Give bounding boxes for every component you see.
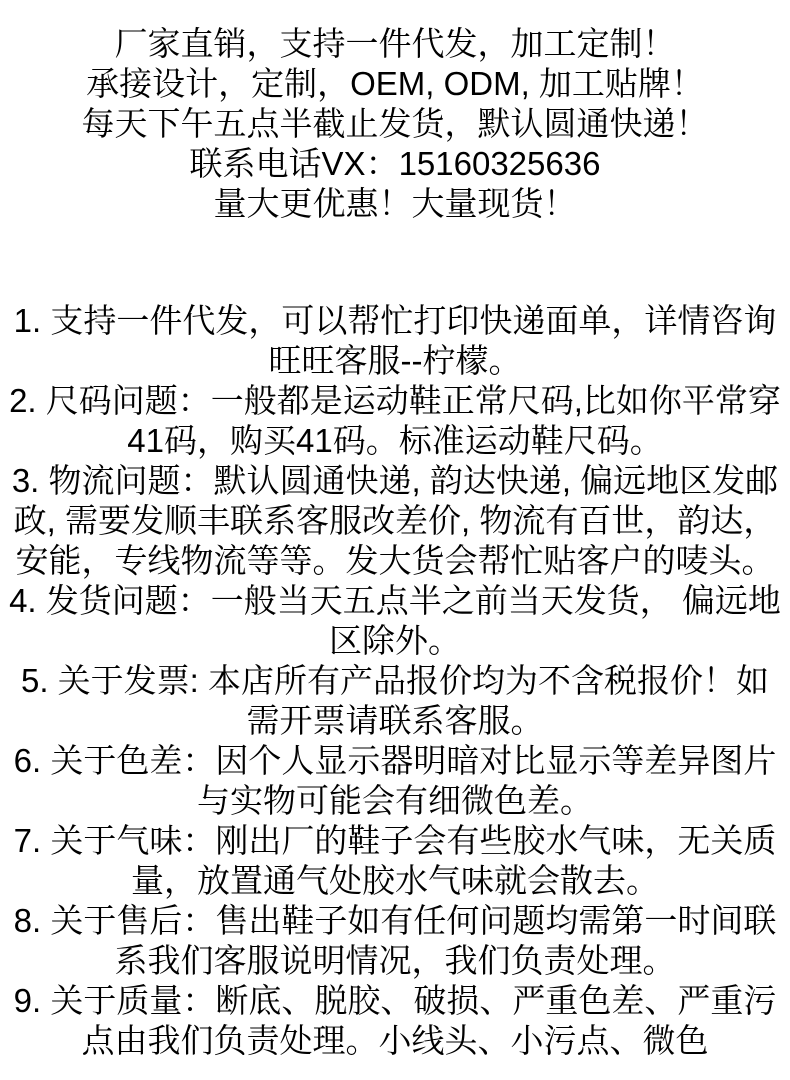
faq-item-line: 1. 支持一件代发，可以帮忙打印快递面单，详情咨询: [0, 301, 790, 341]
faq-item-line: 7. 关于气味：刚出厂的鞋子会有些胶水气味，无关质: [0, 821, 790, 861]
faq-item-line: 9. 关于质量：断底、脱胶、破损、严重色差、严重污: [0, 981, 790, 1021]
faq-item-line: 6. 关于色差：因个人显示器明暗对比显示等差异图片: [0, 741, 790, 781]
faq-item-9: 9. 关于质量：断底、脱胶、破损、严重色差、严重污点由我们负责处理。小线头、小污…: [0, 981, 790, 1061]
header-line: 联系电话VX：15160325636: [0, 144, 790, 184]
header-line: 厂家直销，支持一件代发，加工定制！: [0, 24, 790, 64]
faq-item-line: 3. 物流问题：默认圆通快递, 韵达快递, 偏远地区发邮: [0, 461, 790, 501]
faq-item-line: 点由我们负责处理。小线头、小污点、微色: [0, 1021, 790, 1061]
faq-item-6: 6. 关于色差：因个人显示器明暗对比显示等差异图片与实物可能会有细微色差。: [0, 741, 790, 821]
faq-item-1: 1. 支持一件代发，可以帮忙打印快递面单，详情咨询旺旺客服--柠檬。: [0, 301, 790, 381]
faq-item-line: 政, 需要发顺丰联系客服改差价, 物流有百世，韵达，: [0, 501, 790, 541]
faq-item-line: 系我们客服说明情况，我们负责处理。: [0, 941, 790, 981]
faq-item-line: 41码，购买41码。标准运动鞋尺码。: [0, 421, 790, 461]
faq-item-2: 2. 尺码问题：一般都是运动鞋正常尺码,比如你平常穿41码，购买41码。标准运动…: [0, 381, 790, 461]
faq-item-7: 7. 关于气味：刚出厂的鞋子会有些胶水气味，无关质量，放置通气处胶水气味就会散去…: [0, 821, 790, 901]
faq-item-3: 3. 物流问题：默认圆通快递, 韵达快递, 偏远地区发邮政, 需要发顺丰联系客服…: [0, 461, 790, 581]
faq-item-line: 4. 发货问题：一般当天五点半之前当天发货， 偏远地: [0, 581, 790, 621]
faq-item-line: 与实物可能会有细微色差。: [0, 781, 790, 821]
faq-item-line: 需开票请联系客服。: [0, 701, 790, 741]
header-announcement: 厂家直销，支持一件代发，加工定制！承接设计，定制，OEM, ODM, 加工贴牌！…: [0, 0, 790, 224]
faq-item-8: 8. 关于售后：售出鞋子如有任何问题均需第一时间联系我们客服说明情况，我们负责处…: [0, 901, 790, 981]
faq-list: 1. 支持一件代发，可以帮忙打印快递面单，详情咨询旺旺客服--柠檬。2. 尺码问…: [0, 301, 790, 1061]
faq-item-5: 5. 关于发票: 本店所有产品报价均为不含税报价！如需开票请联系客服。: [0, 661, 790, 741]
header-line: 量大更优惠！大量现货！: [0, 184, 790, 224]
faq-item-line: 2. 尺码问题：一般都是运动鞋正常尺码,比如你平常穿: [0, 381, 790, 421]
header-line: 每天下午五点半截止发货，默认圆通快递！: [0, 104, 790, 144]
faq-item-line: 旺旺客服--柠檬。: [0, 341, 790, 381]
faq-item-4: 4. 发货问题：一般当天五点半之前当天发货， 偏远地区除外。: [0, 581, 790, 661]
faq-item-line: 量，放置通气处胶水气味就会散去。: [0, 861, 790, 901]
faq-item-line: 安能，专线物流等等。发大货会帮忙贴客户的唛头。: [0, 541, 790, 581]
header-line: 承接设计，定制，OEM, ODM, 加工贴牌！: [0, 64, 790, 104]
faq-item-line: 8. 关于售后：售出鞋子如有任何问题均需第一时间联: [0, 901, 790, 941]
faq-item-line: 5. 关于发票: 本店所有产品报价均为不含税报价！如: [0, 661, 790, 701]
faq-item-line: 区除外。: [0, 621, 790, 661]
product-notice-page: 厂家直销，支持一件代发，加工定制！承接设计，定制，OEM, ODM, 加工贴牌！…: [0, 0, 790, 1080]
